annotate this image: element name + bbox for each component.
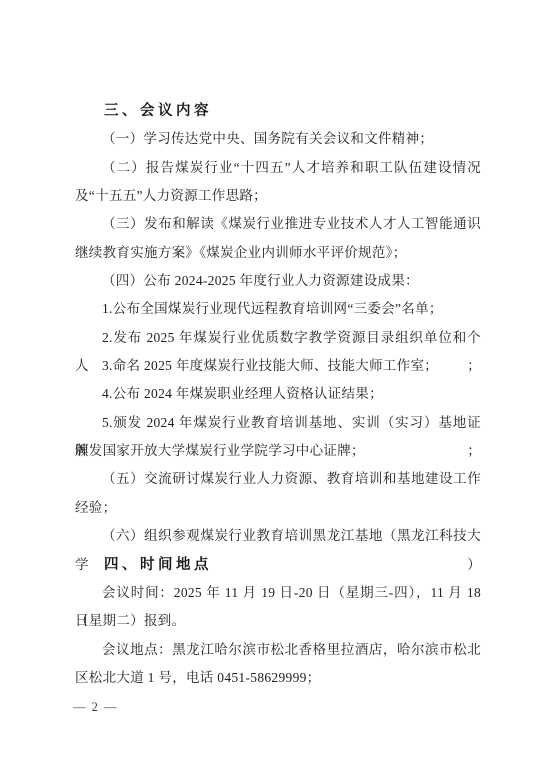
doc-line: （一）学习传达党中央、国务院有关会议和文件精神； bbox=[75, 125, 481, 153]
doc-line: 3.命名 2025 年度煤炭行业技能大师、技能大师工作室； bbox=[75, 352, 481, 380]
doc-line: （五）交流研讨煤炭行业人力资源、教育培训和基地建设工作 bbox=[75, 465, 481, 493]
doc-line: 会议地点：黑龙江哈尔滨市松北香格里拉酒店，哈尔滨市松北 bbox=[75, 636, 481, 664]
doc-line: （三）发布和解读《煤炭行业推进专业技术人才人工智能通识 bbox=[75, 210, 481, 238]
doc-line: 经验； bbox=[75, 494, 481, 522]
doc-line: （六）组织参观煤炭行业教育培训黑龙江基地（黑龙江科技大学） bbox=[75, 522, 481, 550]
doc-line: 会议时间：2025 年 11 月 19 日-20 日（星期三-四），11 月 1… bbox=[75, 579, 481, 607]
doc-line: 4.公布 2024 年煤炭职业经理人资格认证结果； bbox=[75, 380, 481, 408]
doc-line: 及“十五五”人力资源工作思路； bbox=[75, 182, 481, 210]
doc-line: （四）公布 2024-2025 年度行业人力资源建设成果： bbox=[75, 267, 481, 295]
doc-line: （二）报告煤炭行业“十四五”人才培养和职工队伍建设情况 bbox=[75, 154, 481, 182]
doc-line: （星期二）报到。 bbox=[75, 607, 481, 635]
section-heading-meeting-content: 三、会议内容 bbox=[75, 97, 481, 125]
document-page: 三、会议内容 （一）学习传达党中央、国务院有关会议和文件精神； （二）报告煤炭行… bbox=[0, 0, 550, 778]
doc-line: 2.发布 2025 年煤炭行业优质数字教学资源目录组织单位和个人； bbox=[75, 324, 481, 352]
doc-line: 继续教育实施方案》《煤炭企业内训师水平评价规范》； bbox=[75, 239, 481, 267]
doc-line: 5.颁发 2024 年煤炭行业教育培训基地、实训（实习）基地证牌； bbox=[75, 409, 481, 437]
document-body: 三、会议内容 （一）学习传达党中央、国务院有关会议和文件精神； （二）报告煤炭行… bbox=[75, 97, 481, 692]
doc-line: 区松北大道 1 号，电话 0451-58629999； bbox=[75, 664, 481, 692]
page-number: — 2 — bbox=[73, 700, 118, 715]
doc-line: 1.公布全国煤炭行业现代远程教育培训网“三委会”名单； bbox=[75, 295, 481, 323]
